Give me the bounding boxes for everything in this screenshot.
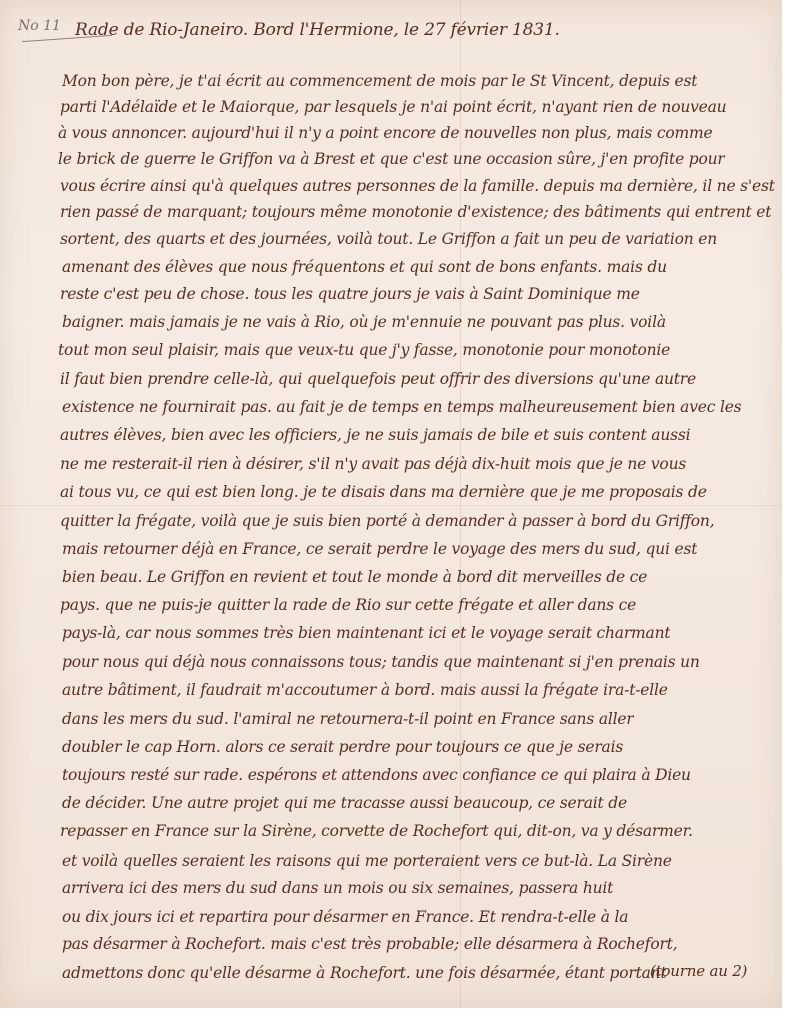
letter-line: existence ne fournirait pas. au fait je … — [62, 398, 741, 416]
letter-line: de décider. Une autre projet qui me trac… — [62, 794, 627, 812]
letter-line: ai tous vu, ce qui est bien long. je te … — [60, 483, 707, 501]
letter-line: parti l'Adélaïde et le Maiorque, par les… — [60, 98, 726, 116]
letter-line: Mon bon père, je t'ai écrit au commencem… — [62, 72, 697, 90]
letter-line: pays-là, car nous sommes très bien maint… — [62, 624, 670, 642]
letter-line: vous écrire ainsi qu'à quelques autres p… — [60, 177, 775, 195]
letter-line: amenant des élèves que nous fréquentons … — [62, 258, 667, 276]
letter-line: rien passé de marquant; toujours même mo… — [60, 203, 771, 221]
letter-line: le brick de guerre le Griffon va à Brest… — [58, 150, 725, 168]
letter-line: mais retourner déjà en France, ce serait… — [62, 540, 697, 558]
letter-line: et voilà quelles seraient les raisons qu… — [62, 852, 672, 870]
letter-line: pas désarmer à Rochefort. mais c'est trè… — [62, 935, 677, 953]
letter-line: sortent, des quarts et des journées, voi… — [60, 230, 717, 248]
letter-line: doubler le cap Horn. alors ce serait per… — [62, 738, 623, 756]
letter-line: à vous annoncer. aujourd'hui il n'y a po… — [58, 124, 712, 142]
letter-page: No 11 Rade de Rio-Janeiro. Bord l'Hermio… — [0, 0, 782, 1008]
letter-line: admettons donc qu'elle désarme à Rochefo… — [62, 964, 666, 982]
archive-mark: No 11 — [18, 18, 61, 34]
letter-line: pour nous qui déjà nous connaissons tous… — [62, 653, 700, 671]
letter-line: ou dix jours ici et repartira pour désar… — [62, 908, 628, 926]
letter-line: autre bâtiment, il faudrait m'accoutumer… — [62, 681, 668, 699]
letter-line: arrivera ici des mers du sud dans un moi… — [62, 879, 613, 897]
letter-line: ne me resterait-il rien à désirer, s'il … — [60, 455, 686, 473]
letter-line: reste c'est peu de chose. tous les quatr… — [60, 285, 640, 303]
letter-line: autres élèves, bien avec les officiers, … — [60, 426, 690, 444]
letter-line: dans les mers du sud. l'amiral ne retour… — [62, 710, 634, 728]
letter-line: toujours resté sur rade. espérons et att… — [62, 766, 691, 784]
letter-line: repasser en France sur la Sirène, corvet… — [60, 822, 693, 840]
letter-line: bien beau. Le Griffon en revient et tout… — [62, 568, 647, 586]
letter-line: pays. que ne puis-je quitter la rade de … — [60, 596, 636, 614]
letter-line: il faut bien prendre celle-là, qui quelq… — [60, 370, 696, 388]
paper-fold-horizontal — [0, 505, 782, 506]
letter-line: baigner. mais jamais je ne vais à Rio, o… — [62, 313, 666, 331]
continuation-note: (tourne au 2) — [650, 962, 747, 980]
letter-line: quitter la frégate, voilà que je suis bi… — [60, 512, 714, 530]
letter-line: tout mon seul plaisir, mais que veux-tu … — [58, 341, 670, 359]
letter-heading: Rade de Rio-Janeiro. Bord l'Hermione, le… — [75, 20, 560, 40]
